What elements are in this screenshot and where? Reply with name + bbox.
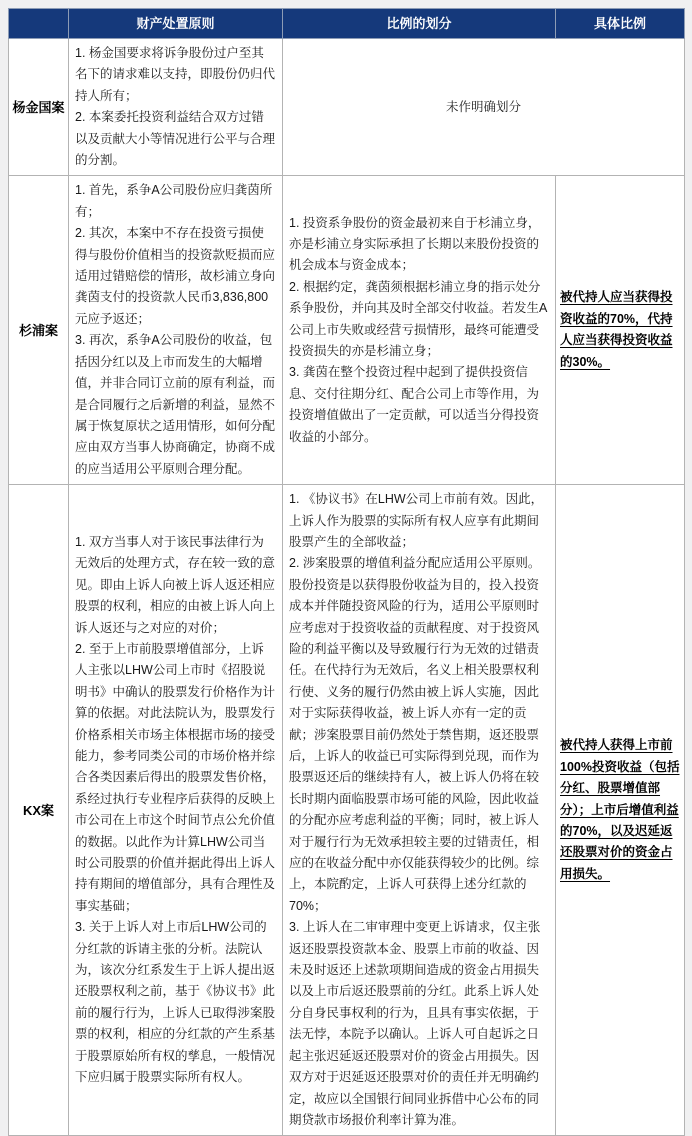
- yang-division-cell: 未作明确划分: [283, 39, 685, 176]
- header-row: 财产处置原则 比例的划分 具体比例: [9, 9, 685, 39]
- shanpu-principle-cell: 1. 首先，系争A公司股份应归龚茵所有； 2. 其次，本案中不存在投资亏损使得与…: [69, 176, 283, 485]
- case-name-label: 杉浦案: [9, 176, 69, 485]
- shanpu-ratio-cell: 被代持人应当获得投资收益的70%，代持人应当获得投资收益的30%。: [556, 176, 685, 485]
- header-cell-principle: 财产处置原则: [69, 9, 283, 39]
- table-row-yangjinguo-case: 杨金国案 1. 杨金国要求将诉争股份过户至其名下的请求难以支持，即股份仍归代持人…: [9, 39, 685, 176]
- table-header: 财产处置原则 比例的划分 具体比例: [9, 9, 685, 39]
- case-name-label: 杨金国案: [9, 39, 69, 176]
- case-comparison-table: 财产处置原则 比例的划分 具体比例 杨金国案 1. 杨金国要求将诉争股份过户至其…: [8, 8, 685, 1136]
- shanpu-division-cell: 1. 投资系争股份的资金最初来自于杉浦立身，亦是杉浦立身实际承担了长期以来股份投…: [283, 176, 556, 485]
- kx-division-cell: 1. 《协议书》在LHW公司上市前有效。因此，上诉人作为股票的实际所有权人应享有…: [283, 485, 556, 1136]
- header-cell-division: 比例的划分: [283, 9, 556, 39]
- header-cell-case: [9, 9, 69, 39]
- case-name-label: KX案: [9, 485, 69, 1136]
- table-body: 杨金国案 1. 杨金国要求将诉争股份过户至其名下的请求难以支持，即股份仍归代持人…: [9, 39, 685, 1136]
- table-row-kx-case: KX案 1. 双方当事人对于该民事法律行为无效后的处理方式，存在较一致的意见。即…: [9, 485, 685, 1136]
- table-row-shanpu-case: 杉浦案 1. 首先，系争A公司股份应归龚茵所有； 2. 其次，本案中不存在投资亏…: [9, 176, 685, 485]
- yang-principle-cell: 1. 杨金国要求将诉争股份过户至其名下的请求难以支持，即股份仍归代持人所有； 2…: [69, 39, 283, 176]
- page-background: 财产处置原则 比例的划分 具体比例 杨金国案 1. 杨金国要求将诉争股份过户至其…: [0, 0, 692, 1100]
- kx-ratio-cell: 被代持人获得上市前100%投资收益（包括分红、股票增值部分）；上市后增值利益的7…: [556, 485, 685, 1136]
- header-cell-ratio: 具体比例: [556, 9, 685, 39]
- kx-principle-cell: 1. 双方当事人对于该民事法律行为无效后的处理方式，存在较一致的意见。即由上诉人…: [69, 485, 283, 1136]
